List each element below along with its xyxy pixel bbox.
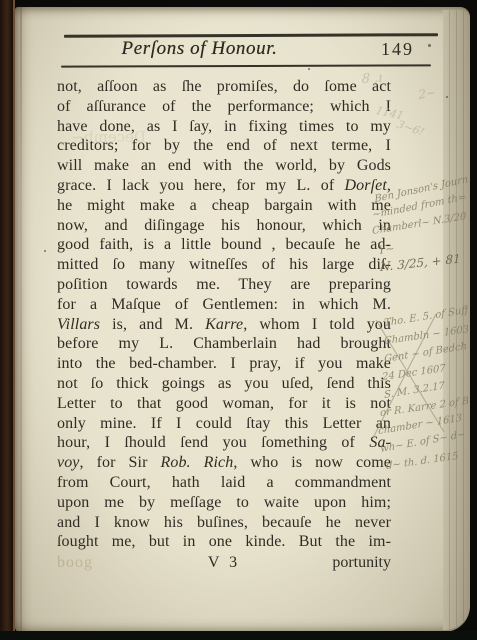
body-line: not ſo thick goings as you uſed, ſend th…: [57, 374, 391, 394]
body-line: of aſſurance of the performance; which I: [57, 97, 391, 117]
show-through-text: boog: [57, 553, 168, 573]
italic-word: voy: [57, 454, 80, 471]
footer-line: boogV 3portunity: [57, 553, 391, 573]
text-run: creditors; for by the end of next terme,…: [57, 137, 391, 154]
body-line: will make an end with the world, by Gods: [57, 156, 391, 176]
text-run: have done, as I ſay, in fixing times to …: [57, 118, 391, 135]
body-line: Letter to that good woman, for it is not: [57, 394, 391, 414]
book-binding-edge: [0, 0, 15, 640]
body-line: poſition towards me. They are preparing: [57, 275, 391, 295]
text-run: upon me by meſſage to waite upon him;: [57, 494, 391, 511]
text-run: of aſſurance of the performance; which I: [57, 98, 391, 115]
text-run: hour, I ſhould ſend you ſomething of: [57, 434, 369, 451]
text-run: not ſo thick goings as you uſed, ſend th…: [57, 375, 391, 392]
italic-word: Sa-: [369, 434, 391, 451]
body-line: have done, as I ſay, in fixing times to …: [57, 117, 391, 137]
body-line: from Court, hath laid a commandment: [57, 473, 391, 493]
text-run: is, and M.: [100, 316, 205, 333]
signature-mark: V 3: [168, 553, 279, 573]
page-number: 149: [381, 39, 414, 60]
body-line: grace. I lack you here, for my L. of Dor…: [57, 176, 391, 196]
running-title: Perſons of Honour.: [92, 38, 307, 60]
body-line: good faith, is a little bound , becauſe …: [57, 235, 391, 255]
text-run: , for Sir: [80, 454, 161, 471]
body-line: voy, for Sir Rob. Rich, who is now come: [57, 453, 391, 473]
body-line: before my L. Chamberlain had brought: [57, 334, 391, 354]
body-line: upon me by meſſage to waite upon him;: [57, 493, 391, 513]
body-line: not, aſſoon as ſhe promiſes, do ſome act: [57, 77, 391, 97]
italic-word: Dorſet: [345, 177, 387, 194]
text-run: grace. I lack you here, for my L. of: [57, 177, 345, 194]
body-line: he might make a cheap bargain with me: [57, 196, 391, 216]
text-run: , whom I told you: [243, 316, 391, 333]
body-line: into the bed-chamber. I pray, if you mak…: [57, 354, 391, 374]
body-line: mitted ſo many witneſſes of his large di…: [57, 255, 391, 275]
text-run: into the bed-chamber. I pray, if you mak…: [57, 355, 391, 372]
italic-word: Rob. Rich: [160, 454, 233, 471]
text-run: from Court, hath laid a commandment: [57, 474, 391, 491]
body-line: and I know his buſines, becauſe he never: [57, 513, 391, 533]
text-run: poſition towards me. They are preparing: [57, 276, 391, 293]
text-run: and I know his buſines, becauſe he never: [57, 514, 391, 531]
italic-word: Villars: [57, 316, 100, 333]
table-surface-edge: [0, 631, 477, 640]
body-text: not, aſſoon as ſhe promiſes, do ſome act…: [57, 77, 391, 573]
scanned-book-page-photo: Perſons of Honour. 149 not, aſſoon as ſh…: [0, 0, 477, 640]
text-run: not, aſſoon as ſhe promiſes, do ſome act: [57, 78, 391, 95]
text-run: for a Maſque of Gentlemen: in which M.: [57, 296, 391, 313]
text-run: , who is now come: [233, 454, 391, 471]
body-line: ſought me, but in one kinde. But the im-: [57, 532, 391, 552]
text-run: good faith, is a little bound , becauſe …: [57, 236, 391, 253]
text-run: mitted ſo many witneſſes of his large di…: [57, 256, 391, 273]
body-line: for a Maſque of Gentlemen: in which M.: [57, 295, 391, 315]
italic-word: Karre: [205, 316, 243, 333]
text-run: Letter to that good woman, for it is not: [57, 395, 391, 412]
catchword: portunity: [280, 553, 391, 573]
body-line: hour, I ſhould ſend you ſomething of Sa-: [57, 433, 391, 453]
body-line: only mine. If I could ſtay this Letter a…: [57, 414, 391, 434]
text-run: before my L. Chamberlain had brought: [57, 335, 391, 352]
text-run: will make an end with the world, by Gods: [57, 157, 391, 174]
text-run: now, and diſingage his honour, which in: [57, 217, 391, 234]
text-run: ,: [387, 177, 391, 194]
gutter-crease: [20, 7, 22, 632]
body-line: creditors; for by the end of next terme,…: [57, 136, 391, 156]
page-edge-stack: [443, 10, 470, 630]
text-run: ſought me, but in one kinde. But the im-: [57, 533, 391, 550]
text-run: he might make a cheap bargain with me: [57, 197, 391, 214]
text-run: only mine. If I could ſtay this Letter a…: [57, 415, 391, 432]
body-line: Villars is, and M. Karre, whom I told yo…: [57, 315, 391, 335]
body-line: now, and diſingage his honour, which in: [57, 216, 391, 236]
